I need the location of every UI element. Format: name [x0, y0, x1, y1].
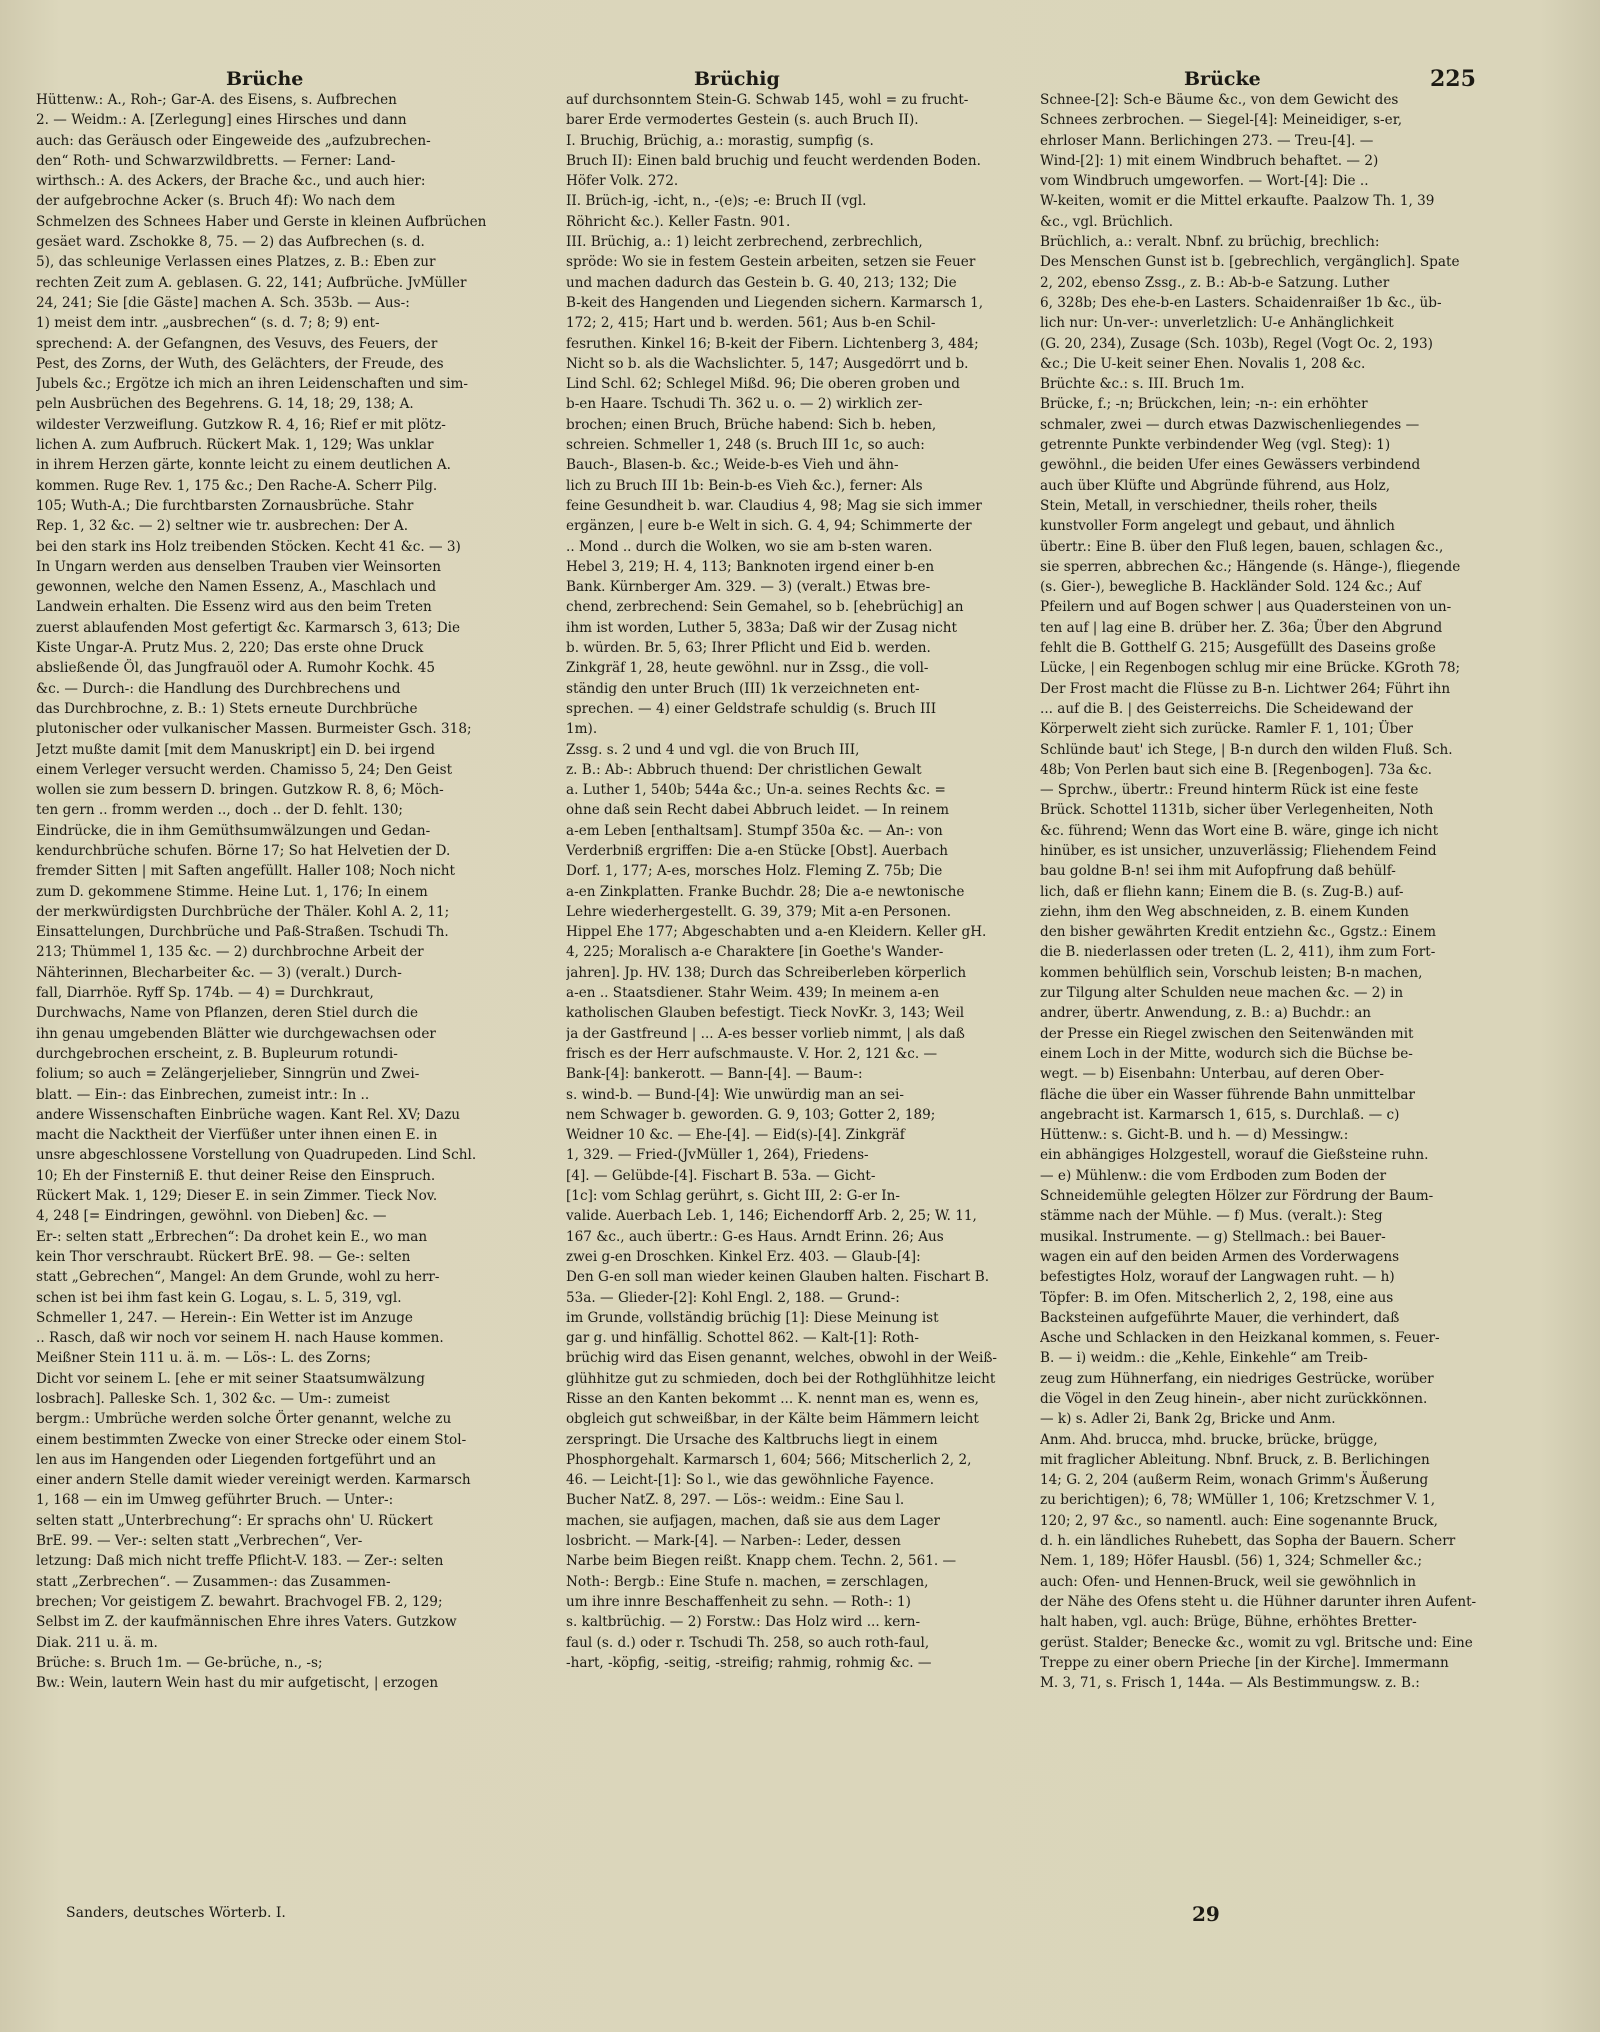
text-line: Rep. 1, 32 &c. — 2) seltner wie tr. ausb…: [36, 516, 520, 536]
text-line: rechten Zeit zum A. geblasen. G. 22, 141…: [36, 273, 520, 293]
text-line: len aus im Hangenden oder Liegenden fort…: [36, 1450, 520, 1470]
text-line: ten gern .. fromm werden .., doch .. der…: [36, 800, 520, 820]
text-line: 46. — Leicht-[1]: So l., wie das gewöhnl…: [566, 1470, 1050, 1490]
text-line: -hart, -köpfig, -seitig, -streifig; rahm…: [566, 1653, 1050, 1673]
text-line: losbricht. — Mark-[4]. — Narben-: Leder,…: [566, 1531, 1050, 1551]
text-line: 48b; Von Perlen baut sich eine B. [Regen…: [1040, 760, 1526, 780]
text-line: — Sprchw., übertr.: Freund hinterm Rück …: [1040, 780, 1526, 800]
text-line: losbrach]. Palleske Sch. 1, 302 &c. — Um…: [36, 1389, 520, 1409]
text-line: Narbe beim Biegen reißt. Knapp chem. Tec…: [566, 1551, 1050, 1571]
text-line: &c. führend; Wenn das Wort eine B. wäre,…: [1040, 821, 1526, 841]
text-line: gewöhnl., die beiden Ufer eines Gewässer…: [1040, 455, 1526, 475]
text-line: — e) Mühlenw.: die vom Erdboden zum Bode…: [1040, 1166, 1526, 1186]
text-line: zur Tilgung alter Schulden neue machen &…: [1040, 983, 1526, 1003]
text-line: ... auf die B. | des Geisterreichs. Die …: [1040, 699, 1526, 719]
text-line: 1, 168 — ein im Umweg geführter Bruch. —…: [36, 1490, 520, 1510]
text-line: (s. Gier-), bewegliche B. Hackländer Sol…: [1040, 577, 1526, 597]
text-line: Bank. Kürnberger Am. 329. — 3) (veralt.)…: [566, 577, 1050, 597]
text-line: Kiste Ungar-A. Prutz Mus. 2, 220; Das er…: [36, 638, 520, 658]
text-line: wagen ein auf den beiden Armen des Vorde…: [1040, 1247, 1526, 1267]
text-line: Nähterinnen, Blecharbeiter &c. — 3) (ver…: [36, 963, 520, 983]
text-line: chend, zerbrechend: Sein Gemahel, so b. …: [566, 597, 1050, 617]
text-line: (G. 20, 234), Zusage (Sch. 103b), Regel …: [1040, 334, 1526, 354]
text-line: Bw.: Wein, lautern Wein hast du mir aufg…: [36, 1673, 520, 1693]
text-line: der aufgebrochne Acker (s. Bruch 4f): Wo…: [36, 191, 520, 211]
text-line: b. würden. Br. 5, 63; Ihrer Pflicht und …: [566, 638, 1050, 658]
text-line: absließende Öl, das Jungfrauöl oder A. R…: [36, 658, 520, 678]
text-line: zerspringt. Die Ursache des Kaltbruchs l…: [566, 1430, 1050, 1450]
text-line: wildester Verzweiflung. Gutzkow R. 4, 16…: [36, 415, 520, 435]
text-line: 14; G. 2, 204 (außerm Reim, wonach Grimm…: [1040, 1470, 1526, 1490]
text-line: Pfeilern und auf Bogen schwer | aus Quad…: [1040, 597, 1526, 617]
text-line: I. Bruchig, Brüchig, a.: morastig, sumpf…: [566, 131, 1050, 151]
text-line: halt haben, vgl. auch: Brüge, Bühne, erh…: [1040, 1612, 1526, 1632]
text-line: einer andern Stelle damit wieder vereini…: [36, 1470, 520, 1490]
text-line: zu berichtigen); 6, 78; WMüller 1, 106; …: [1040, 1490, 1526, 1510]
text-line: statt „Zerbrechen“. — Zusammen-: das Zus…: [36, 1572, 520, 1592]
text-line: vom Windbruch umgeworfen. — Wort-[4]: Di…: [1040, 171, 1526, 191]
text-line: Lehre wiederhergestellt. G. 39, 379; Mit…: [566, 902, 1050, 922]
text-line: Hippel Ehe 177; Abgeschabten und a-en Kl…: [566, 922, 1050, 942]
text-line: Bruch II): Einen bald bruchig und feucht…: [566, 151, 1050, 171]
text-line: einem Loch in der Mitte, wodurch sich di…: [1040, 1044, 1526, 1064]
text-line: Schmelzen des Schnees Haber und Gerste i…: [36, 212, 520, 232]
text-line: ziehn, ihm den Weg abschneiden, z. B. ei…: [1040, 902, 1526, 922]
text-line: und machen dadurch das Gestein b. G. 40,…: [566, 273, 1050, 293]
text-line: Hebel 3, 219; H. 4, 113; Banknoten irgen…: [566, 557, 1050, 577]
text-line: lich nur: Un-ver-: unverletzlich: U-e An…: [1040, 313, 1526, 333]
text-line: &c. — Durch-: die Handlung des Durchbrec…: [36, 679, 520, 699]
text-line: stämme nach der Mühle. — f) Mus. (veralt…: [1040, 1206, 1526, 1226]
text-line: B. — i) weidm.: die „Kehle, Einkehle“ am…: [1040, 1348, 1526, 1368]
text-line: Zinkgräf 1, 28, heute gewöhnl. nur in Zs…: [566, 658, 1050, 678]
text-line: 10; Eh der Finsterniß E. thut deiner Rei…: [36, 1166, 520, 1186]
text-line: Bank-[4]: bankerott. — Bann-[4]. — Baum-…: [566, 1064, 1050, 1084]
text-line: ten auf | lag eine B. drüber her. Z. 36a…: [1040, 618, 1526, 638]
text-line: um ihre innre Beschaffenheit zu sehn. — …: [566, 1592, 1050, 1612]
text-line: 5), das schleunige Verlassen eines Platz…: [36, 252, 520, 272]
text-line: zum D. gekommene Stimme. Heine Lut. 1, 1…: [36, 882, 520, 902]
text-line: Brüche: s. Bruch 1m. — Ge-brüche, n., -s…: [36, 1653, 520, 1673]
text-line: Phosphorgehalt. Karmarsch 1, 604; 566; M…: [566, 1450, 1050, 1470]
text-line: den bisher gewährten Kredit entziehn &c.…: [1040, 922, 1526, 942]
text-line: Schneidemühle gelegten Hölzer zur Fördru…: [1040, 1186, 1526, 1206]
text-line: Hüttenw.: A., Roh-; Gar-A. des Eisens, s…: [36, 90, 520, 110]
text-line: s. wind-b. — Bund-[4]: Wie unwürdig man …: [566, 1085, 1050, 1105]
text-line: übertr.: Eine B. über den Fluß legen, ba…: [1040, 537, 1526, 557]
text-line: Bauch-, Blasen-b. &c.; Weide-b-es Vieh u…: [566, 455, 1050, 475]
text-line: &c.; Die U-keit seiner Ehen. Novalis 1, …: [1040, 354, 1526, 374]
text-line: fehlt die B. Gotthelf G. 215; Ausgefüllt…: [1040, 638, 1526, 658]
text-line: W-keiten, womit er die Mittel erkaufte. …: [1040, 191, 1526, 211]
text-line: Schmeller 1, 247. — Herein-: Ein Wetter …: [36, 1308, 520, 1328]
text-line: gerüst. Stalder; Benecke &c., womit zu v…: [1040, 1633, 1526, 1653]
text-line: barer Erde vermodertes Gestein (s. auch …: [566, 110, 1050, 130]
text-line: Der Frost macht die Flüsse zu B-n. Licht…: [1040, 679, 1526, 699]
text-line: kein Thor verschraubt. Rückert BrE. 98. …: [36, 1247, 520, 1267]
text-line: Körperwelt zieht sich zurücke. Ramler F.…: [1040, 719, 1526, 739]
text-line: ergänzen, | eure b-e Welt in sich. G. 4,…: [566, 516, 1050, 536]
text-line: kommen behülflich sein, Vorschub leisten…: [1040, 963, 1526, 983]
text-line: Landwein erhalten. Die Essenz wird aus d…: [36, 597, 520, 617]
text-line: BrE. 99. — Ver-: selten statt „Verbreche…: [36, 1531, 520, 1551]
text-line: letzung: Daß mich nicht treffe Pflicht-V…: [36, 1551, 520, 1571]
text-line: 1, 329. — Fried-(JvMüller 1, 264), Fried…: [566, 1145, 1050, 1165]
text-line: kommen. Ruge Rev. 1, 175 &c.; Den Rache-…: [36, 476, 520, 496]
text-line: 24, 241; Sie [die Gäste] machen A. Sch. …: [36, 293, 520, 313]
running-head-center: Brüchig: [694, 68, 780, 90]
text-line: fesruthen. Kinkel 16; B-keit der Fibern.…: [566, 334, 1050, 354]
text-line: Nem. 1, 189; Höfer Hausbl. (56) 1, 324; …: [1040, 1551, 1526, 1571]
text-line: der Presse ein Riegel zwischen den Seite…: [1040, 1024, 1526, 1044]
text-line: Brücke, f.; -n; Brückchen, lein; -n-: ei…: [1040, 394, 1526, 414]
text-line: andere Wissenschaften Einbrüche wagen. K…: [36, 1105, 520, 1125]
text-line: jahren]. Jp. HV. 138; Durch das Schreibe…: [566, 963, 1050, 983]
text-line: fläche die über ein Wasser führende Bahn…: [1040, 1085, 1526, 1105]
text-line: wirthsch.: A. des Ackers, der Brache &c.…: [36, 171, 520, 191]
text-line: schmaler, zwei — durch etwas Dazwischenl…: [1040, 415, 1526, 435]
text-line: Jubels &c.; Ergötze ich mich an ihren Le…: [36, 374, 520, 394]
text-line: getrennte Punkte verbindender Weg (vgl. …: [1040, 435, 1526, 455]
text-line: 1m).: [566, 719, 1050, 739]
signature-mark: 29: [1192, 1902, 1220, 1926]
text-line: brechen; Vor geistigem Z. bewahrt. Brach…: [36, 1592, 520, 1612]
text-line: Pest, des Zorns, der Wuth, des Gelächter…: [36, 354, 520, 374]
text-line: valide. Auerbach Leb. 1, 146; Eichendorf…: [566, 1206, 1050, 1226]
text-line: schreien. Schmeller 1, 248 (s. Bruch III…: [566, 435, 1050, 455]
text-line: 1) meist dem intr. „ausbrechen“ (s. d. 7…: [36, 313, 520, 333]
text-line: Dicht vor seinem L. [ehe er mit seiner S…: [36, 1369, 520, 1389]
text-line: Anm. Ahd. brucca, mhd. brucke, brücke, b…: [1040, 1430, 1526, 1450]
text-line: wollen sie zum bessern D. bringen. Gutzk…: [36, 780, 520, 800]
text-line: das Durchbrochne, z. B.: 1) Stets erneut…: [36, 699, 520, 719]
text-line: Diak. 211 u. ä. m.: [36, 1633, 520, 1653]
text-line: II. Brüch-ig, -icht, n., -(e)s; -e: Bruc…: [566, 191, 1050, 211]
text-line: ehrloser Mann. Berlichingen 273. — Treu-…: [1040, 131, 1526, 151]
text-line: Risse an den Kanten bekommt ... K. nennt…: [566, 1389, 1050, 1409]
text-line: 213; Thümmel 1, 135 &c. — 2) durchbrochn…: [36, 942, 520, 962]
text-line: Selbst im Z. der kaufmännischen Ehre ihr…: [36, 1612, 520, 1632]
text-line: hinüber, es ist unsicher, unzuverlässig;…: [1040, 841, 1526, 861]
text-line: 167 &c., auch übertr.: G-es Haus. Arndt …: [566, 1227, 1050, 1247]
text-line: lich, daß er fliehn kann; Einem die B. (…: [1040, 882, 1526, 902]
text-line: 105; Wuth-A.; Die furchtbarsten Zornausb…: [36, 496, 520, 516]
text-line: mit fraglicher Ableitung. Nbnf. Bruck, z…: [1040, 1450, 1526, 1470]
text-line: im Grunde, vollständig brüchig [1]: Dies…: [566, 1308, 1050, 1328]
text-line: 53a. — Glieder-[2]: Kohl Engl. 2, 188. —…: [566, 1288, 1050, 1308]
text-line: ihm ist worden, Luther 5, 383a; Daß wir …: [566, 618, 1050, 638]
text-line: Treppe zu einer obern Prieche [in der Ki…: [1040, 1653, 1526, 1673]
text-line: B-keit des Hangenden und Liegenden siche…: [566, 293, 1050, 313]
text-line: einem Verleger versucht werden. Chamisso…: [36, 760, 520, 780]
text-line: spröde: Wo sie in festem Gestein arbeite…: [566, 252, 1050, 272]
text-line: Stein, Metall, in verschiedner, theils r…: [1040, 496, 1526, 516]
text-line: Hüttenw.: s. Gicht-B. und h. — d) Messin…: [1040, 1125, 1526, 1145]
text-line: ein abhängiges Holzgestell, worauf die G…: [1040, 1145, 1526, 1165]
text-line: Lind Schl. 62; Schlegel Mißd. 96; Die ob…: [566, 374, 1050, 394]
printer-imprint: Sanders, deutsches Wörterb. I.: [66, 1905, 286, 1921]
text-line: Nicht so b. als die Wachslichter. 5, 147…: [566, 354, 1050, 374]
text-line: Einsattelungen, Durchbrüche und Paß-Stra…: [36, 922, 520, 942]
text-line: Weidner 10 &c. — Ehe-[4]. — Eid(s)-[4]. …: [566, 1125, 1050, 1145]
text-line: katholischen Glauben befestigt. Tieck No…: [566, 1003, 1050, 1023]
text-line: Brüchte &c.: s. III. Bruch 1m.: [1040, 374, 1526, 394]
text-line: andrer, übertr. Anwendung, z. B.: a) Buc…: [1040, 1003, 1526, 1023]
text-line: &c., vgl. Brüchlich.: [1040, 212, 1526, 232]
text-line: 120; 2, 97 &c., so namentl. auch: Eine s…: [1040, 1511, 1526, 1531]
text-line: bei den stark ins Holz treibenden Stöcke…: [36, 537, 520, 557]
text-line: bergm.: Umbrüche werden solche Örter gen…: [36, 1409, 520, 1429]
text-line: fall, Diarrhöe. Ryff Sp. 174b. — 4) = Du…: [36, 983, 520, 1003]
text-line: die Vögel in den Zeug hinein-, aber nich…: [1040, 1389, 1526, 1409]
text-line: [4]. — Gelübde-[4]. Fischart B. 53a. — G…: [566, 1166, 1050, 1186]
text-line: Er-: selten statt „Erbrechen“: Da drohet…: [36, 1227, 520, 1247]
text-line: M. 3, 71, s. Frisch 1, 144a. — Als Besti…: [1040, 1673, 1526, 1693]
text-line: kunstvoller Form angelegt und gebaut, un…: [1040, 516, 1526, 536]
page-footer: Sanders, deutsches Wörterb. I. 29: [0, 1905, 1600, 1931]
text-line: 4, 248 [= Eindringen, gewöhnl. von Diebe…: [36, 1206, 520, 1226]
text-line: folium; so auch = Zelängerjelieber, Sinn…: [36, 1064, 520, 1084]
text-line: b-en Haare. Tschudi Th. 362 u. o. — 2) w…: [566, 394, 1050, 414]
text-line: befestigtes Holz, worauf der Langwagen r…: [1040, 1267, 1526, 1287]
text-line: Den G-en soll man wieder keinen Glauben …: [566, 1267, 1050, 1287]
text-line: faul (s. d.) oder r. Tschudi Th. 258, so…: [566, 1633, 1050, 1653]
text-line: Brück. Schottel 1131b, sicher über Verle…: [1040, 800, 1526, 820]
text-line: zeug zum Hühnerfang, ein niedriges Gestr…: [1040, 1369, 1526, 1389]
text-line: Höfer Volk. 272.: [566, 171, 1050, 191]
text-line: Schnee-[2]: Sch-e Bäume &c., von dem Gew…: [1040, 90, 1526, 110]
text-line: auf durchsonntem Stein-G. Schwab 145, wo…: [566, 90, 1050, 110]
text-line: ihn genau umgebenden Blätter wie durchge…: [36, 1024, 520, 1044]
text-line: der Nähe des Ofens steht u. die Hühner d…: [1040, 1592, 1526, 1612]
text-line: bau goldne B-n! sei ihm mit Aufopfrung d…: [1040, 861, 1526, 881]
text-line: lich zu Bruch III 1b: Bein-b-es Vieh &c.…: [566, 476, 1050, 496]
text-line: lichen A. zum Aufbruch. Rückert Mak. 1, …: [36, 435, 520, 455]
text-line: kendurchbrüche schufen. Börne 17; So hat…: [36, 841, 520, 861]
text-line: nem Schwager b. geworden. G. 9, 103; Got…: [566, 1105, 1050, 1125]
text-line: III. Brüchig, a.: 1) leicht zerbrechend,…: [566, 232, 1050, 252]
column-2: auf durchsonntem Stein-G. Schwab 145, wo…: [566, 90, 1050, 1870]
text-line: die B. niederlassen oder treten (L. 2, 4…: [1040, 942, 1526, 962]
text-line: fremder Sitten | mit Saften angefüllt. H…: [36, 861, 520, 881]
text-line: selten statt „Unterbrechung“: Er sprachs…: [36, 1511, 520, 1531]
text-line: Eindrücke, die in ihm Gemüthsumwälzungen…: [36, 821, 520, 841]
text-line: gar g. und hinfällig. Schottel 862. — Ka…: [566, 1328, 1050, 1348]
text-line: feine Gesundheit b. war. Claudius 4, 98;…: [566, 496, 1050, 516]
text-line: peln Ausbrüchen des Begehrens. G. 14, 18…: [36, 394, 520, 414]
text-line: d. h. ein ländliches Ruhebett, das Sopha…: [1040, 1531, 1526, 1551]
text-line: brüchig wird das Eisen genannt, welches,…: [566, 1348, 1050, 1368]
text-line: wegt. — b) Eisenbahn: Unterbau, auf dere…: [1040, 1064, 1526, 1084]
text-line: 2, 202, ebenso Zssg., z. B.: Ab-b-e Satz…: [1040, 273, 1526, 293]
text-line: zuerst ablaufenden Most gefertigt &c. Ka…: [36, 618, 520, 638]
text-line: plutonischer oder vulkanischer Massen. B…: [36, 719, 520, 739]
text-line: 6, 328b; Des ehe-b-en Lasters. Schaidenr…: [1040, 293, 1526, 313]
text-line: ja der Gastfreund | ... A-es besser vorl…: [566, 1024, 1050, 1044]
text-line: sprechend: A. der Gefangnen, des Vesuvs,…: [36, 334, 520, 354]
column-3: Schnee-[2]: Sch-e Bäume &c., von dem Gew…: [1040, 90, 1526, 1870]
text-line: In Ungarn werden aus denselben Trauben v…: [36, 557, 520, 577]
text-line: Dorf. 1, 177; A-es, morsches Holz. Flemi…: [566, 861, 1050, 881]
text-line: Lücke, | ein Regenbogen schlug mir eine …: [1040, 658, 1526, 678]
text-line: auch über Klüfte und Abgründe führend, a…: [1040, 476, 1526, 496]
text-line: [1c]: vom Schlag gerührt, s. Gicht III, …: [566, 1186, 1050, 1206]
text-line: .. Mond .. durch die Wolken, wo sie am b…: [566, 537, 1050, 557]
text-line: Noth-: Bergb.: Eine Stufe n. machen, = z…: [566, 1572, 1050, 1592]
text-line: Wind-[2]: 1) mit einem Windbruch behafte…: [1040, 151, 1526, 171]
text-line: Brüchlich, a.: veralt. Nbnf. zu brüchig,…: [1040, 232, 1526, 252]
text-line: macht die Nacktheit der Vierfüßer unter …: [36, 1125, 520, 1145]
text-line: Des Menschen Gunst ist b. [gebrechlich, …: [1040, 252, 1526, 272]
page-number: 225: [1430, 66, 1476, 92]
text-line: Schlünde baut' ich Stege, | B-n durch de…: [1040, 740, 1526, 760]
text-line: schen ist bei ihm fast kein G. Logau, s.…: [36, 1288, 520, 1308]
text-line: einem bestimmten Zwecke von einer Streck…: [36, 1430, 520, 1450]
text-line: statt „Gebrechen“, Mangel: An dem Grunde…: [36, 1267, 520, 1287]
text-line: s. kaltbrüchig. — 2) Forstw.: Das Holz w…: [566, 1612, 1050, 1632]
text-line: angebracht ist. Karmarsch 1, 615, s. Dur…: [1040, 1105, 1526, 1125]
text-line: a-em Leben [enthaltsam]. Stumpf 350a &c.…: [566, 821, 1050, 841]
text-line: a-en .. Staatsdiener. Stahr Weim. 439; I…: [566, 983, 1050, 1003]
text-line: sprechen. — 4) einer Geldstrafe schuldig…: [566, 699, 1050, 719]
text-line: 4, 225; Moralisch a-e Charaktere [in Goe…: [566, 942, 1050, 962]
text-line: Bucher NatZ. 8, 297. — Lös-: weidm.: Ein…: [566, 1490, 1050, 1510]
text-line: Verderbniß ergriffen: Die a-en Stücke [O…: [566, 841, 1050, 861]
text-line: zwei g-en Droschken. Kinkel Erz. 403. — …: [566, 1247, 1050, 1267]
text-line: a. Luther 1, 540b; 544a &c.; Un-a. seine…: [566, 780, 1050, 800]
text-line: 172; 2, 415; Hart und b. werden. 561; Au…: [566, 313, 1050, 333]
text-line: Rückert Mak. 1, 129; Dieser E. in sein Z…: [36, 1186, 520, 1206]
text-line: durchgebrochen erscheint, z. B. Bupleuru…: [36, 1044, 520, 1064]
text-line: Töpfer: B. im Ofen. Mitscherlich 2, 2, 1…: [1040, 1288, 1526, 1308]
text-line: .. Rasch, daß wir noch vor seinem H. nac…: [36, 1328, 520, 1348]
text-line: Zssg. s. 2 und 4 und vgl. die von Bruch …: [566, 740, 1050, 760]
text-line: den“ Roth- und Schwarzwildbretts. — Fern…: [36, 151, 520, 171]
text-line: ständig den unter Bruch (III) 1k verzeic…: [566, 679, 1050, 699]
text-line: auch: Ofen- und Hennen-Bruck, weil sie g…: [1040, 1572, 1526, 1592]
text-line: Jetzt mußte damit [mit dem Manuskript] e…: [36, 740, 520, 760]
text-line: auch: das Geräusch oder Eingeweide des „…: [36, 131, 520, 151]
text-line: der merkwürdigsten Durchbrüche der Thäle…: [36, 902, 520, 922]
text-line: gesäet ward. Zschokke 8, 75. — 2) das Au…: [36, 232, 520, 252]
text-line: unsre abgeschlossene Vorstellung von Qua…: [36, 1145, 520, 1165]
text-line: glühhitze gut zu schmieden, doch bei der…: [566, 1369, 1050, 1389]
text-line: sie sperren, abbrechen &c.; Hängende (s.…: [1040, 557, 1526, 577]
text-line: brochen; einen Bruch, Brüche habend: Sic…: [566, 415, 1050, 435]
text-line: Backsteinen aufgeführte Mauer, die verhi…: [1040, 1308, 1526, 1328]
text-line: 2. — Weidm.: A. [Zerlegung] eines Hirsch…: [36, 110, 520, 130]
text-line: Durchwachs, Name von Pflanzen, deren Sti…: [36, 1003, 520, 1023]
text-line: obgleich gut schweißbar, in der Kälte be…: [566, 1409, 1050, 1429]
text-line: Meißner Stein 111 u. ä. m. — Lös-: L. de…: [36, 1348, 520, 1368]
text-line: Röhricht &c.). Keller Fastn. 901.: [566, 212, 1050, 232]
text-line: ohne daß sein Recht dabei Abbruch leidet…: [566, 800, 1050, 820]
text-line: Asche und Schlacken in den Heizkanal kom…: [1040, 1328, 1526, 1348]
text-line: in ihrem Herzen gärte, konnte leicht zu …: [36, 455, 520, 475]
text-line: z. B.: Ab-: Abbruch thuend: Der christli…: [566, 760, 1050, 780]
text-line: — k) s. Adler 2i, Bank 2g, Bricke und An…: [1040, 1409, 1526, 1429]
text-line: Schnees zerbrochen. — Siegel-[4]: Meinei…: [1040, 110, 1526, 130]
text-line: gewonnen, welche den Namen Essenz, A., M…: [36, 577, 520, 597]
text-line: musikal. Instrumente. — g) Stellmach.: b…: [1040, 1227, 1526, 1247]
running-head-left: Brüche: [226, 68, 303, 90]
text-line: machen, sie aufjagen, machen, daß sie au…: [566, 1511, 1050, 1531]
text-line: a-en Zinkplatten. Franke Buchdr. 28; Die…: [566, 882, 1050, 902]
text-line: blatt. — Ein-: das Einbrechen, zumeist i…: [36, 1085, 520, 1105]
column-1: Hüttenw.: A., Roh-; Gar-A. des Eisens, s…: [36, 90, 520, 1870]
text-line: frisch es der Herr aufschmauste. V. Hor.…: [566, 1044, 1050, 1064]
running-head-right: Brücke: [1184, 68, 1261, 90]
